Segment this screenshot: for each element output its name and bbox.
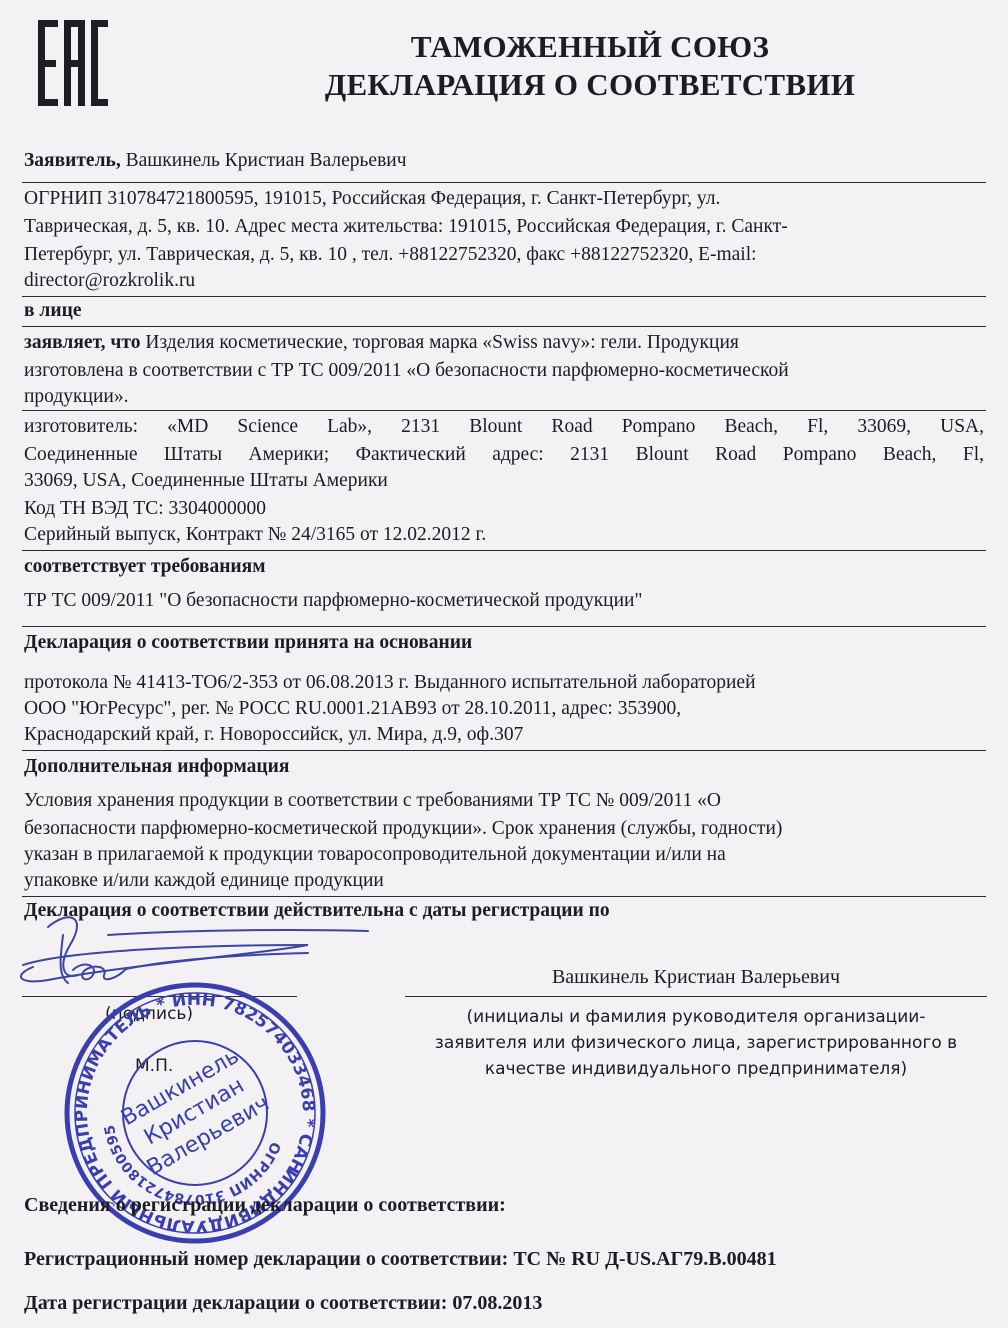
divider xyxy=(22,896,986,897)
applicant-label: Заявитель, xyxy=(24,150,121,171)
applicant-details-line: Петербург, ул. Таврическая, д. 5, кв. 10… xyxy=(24,242,984,268)
registration-date-row: Дата регистрации декларации о соответств… xyxy=(24,1290,984,1316)
signer-name: Вашкинель Кристиан Валерьевич xyxy=(405,966,987,989)
name-caption-line: качестве индивидуального предпринимателя… xyxy=(405,1056,987,1082)
registration-number-label: Регистрационный номер декларации о соотв… xyxy=(24,1248,508,1270)
name-caption-line: заявителя или физического лица, зарегист… xyxy=(405,1030,987,1056)
applicant-email: director@rozkrolik.ru xyxy=(24,268,984,294)
complies-label: соответствует требованиям xyxy=(24,556,266,577)
represented-by-row: в лице xyxy=(24,298,984,324)
additional-line: указан в прилагаемой к продукции товарос… xyxy=(24,842,984,868)
registration-number-value: ТС № RU Д-US.АГ79.В.00481 xyxy=(513,1248,776,1270)
title-declaration: ДЕКЛАРАЦИЯ О СООТВЕТСТВИИ xyxy=(250,66,930,104)
divider xyxy=(22,750,986,751)
serial-contract: Серийный выпуск, Контракт № 24/3165 от 1… xyxy=(24,522,984,548)
basis-row: Декларация о соответствии принята на осн… xyxy=(24,630,984,656)
complies-text: ТР ТС 009/2011 "О безопасности парфюмерн… xyxy=(24,588,984,614)
manufacturer-line: Соединенные Штаты Америки; Фактический а… xyxy=(24,442,984,468)
divider xyxy=(22,182,986,183)
applicant-details-line: Таврическая, д. 5, кв. 10. Адрес места ж… xyxy=(24,214,984,240)
title-customs-union: ТАМОЖЕННЫЙ СОЮЗ xyxy=(250,28,930,66)
divider xyxy=(22,410,986,411)
registration-date-label: Дата регистрации декларации о соответств… xyxy=(24,1292,447,1314)
divider xyxy=(22,326,986,327)
registration-date-value: 07.08.2013 xyxy=(452,1292,542,1314)
manufacturer-line: 33069, USA, Соединенные Штаты Америки xyxy=(24,468,984,494)
registration-number-row: Регистрационный номер декларации о соотв… xyxy=(24,1246,984,1272)
complies-row: соответствует требованиям xyxy=(24,554,984,580)
basis-line: ООО "ЮгРесурс", рег. № РОСС RU.0001.21АВ… xyxy=(24,696,984,722)
divider xyxy=(22,296,986,297)
declares-line: заявляет, что Изделия косметические, тор… xyxy=(24,330,984,356)
product-description: Изделия косметические, торговая марка «S… xyxy=(145,332,738,353)
tn-ved-code: Код ТН ВЭД ТС: 3304000000 xyxy=(24,496,984,522)
registration-heading-row: Сведения о регистрации декларации о соот… xyxy=(24,1192,984,1218)
divider xyxy=(22,626,986,627)
basis-label: Декларация о соответствии принята на осн… xyxy=(24,632,472,653)
basis-line: Краснодарский край, г. Новороссийск, ул.… xyxy=(24,722,984,748)
applicant-details-line: ОГРНИП 310784721800595, 191015, Российск… xyxy=(24,186,984,212)
additional-line: безопасности парфюмерно-косметической пр… xyxy=(24,816,984,842)
declares-label: заявляет, что xyxy=(24,332,141,353)
applicant-row: Заявитель, Вашкинель Кристиан Валерьевич xyxy=(24,148,984,174)
additional-row: Дополнительная информация xyxy=(24,754,984,780)
divider xyxy=(22,550,986,551)
basis-line: протокола № 41413-ТО6/2-353 от 06.08.201… xyxy=(24,670,984,696)
name-caption: (инициалы и фамилия руководителя организ… xyxy=(405,1004,987,1082)
declares-line: продукции». xyxy=(24,384,984,410)
additional-label: Дополнительная информация xyxy=(24,756,289,777)
registration-heading: Сведения о регистрации декларации о соот… xyxy=(24,1194,506,1216)
declares-line: изготовлена в соответствии с ТР ТС 009/2… xyxy=(24,358,984,384)
applicant-name: Вашкинель Кристиан Валерьевич xyxy=(126,150,407,171)
name-caption-line: (инициалы и фамилия руководителя организ… xyxy=(405,1004,987,1030)
represented-by-label: в лице xyxy=(24,300,81,321)
eac-logo xyxy=(36,18,110,108)
additional-line: Условия хранения продукции в соответстви… xyxy=(24,788,984,814)
additional-line: упаковке и/или каждой единице продукции xyxy=(24,868,984,894)
manufacturer-line: изготовитель: «MD Science Lab», 2131 Blo… xyxy=(24,414,984,440)
name-line xyxy=(405,996,987,997)
